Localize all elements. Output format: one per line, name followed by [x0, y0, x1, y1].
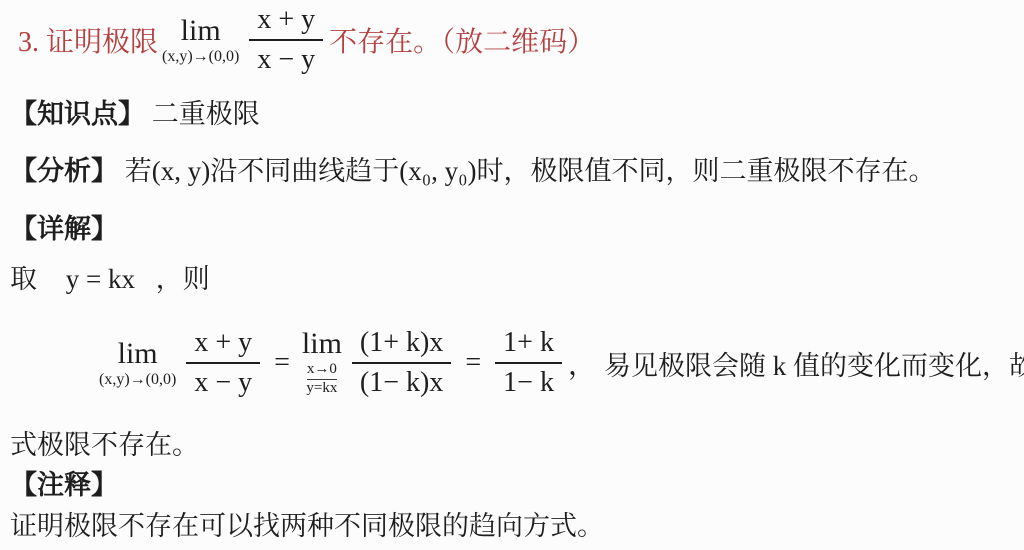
detail-header-line: 【详解】 [10, 207, 118, 246]
fraction-numerator: (1+ k)x [352, 327, 451, 364]
fraction-numerator: 1+ k [495, 327, 562, 364]
problem-title: 3. 证明极限 lim (x,y)→(0,0) x + y x − y 不存在。… [18, 4, 595, 76]
lim-condition-y: y=kx [306, 380, 337, 397]
fraction-xy: x + y x − y [186, 327, 260, 399]
lim-subscript: (x,y)→(0,0) [99, 372, 176, 388]
fraction-denominator: 1− k [495, 364, 562, 399]
problem-title-suffix: 不存在。（放二维码） [329, 20, 595, 60]
note-text-line: 证明极限不存在可以找两种不同极限的趋向方式。 [10, 504, 604, 543]
substitution-line: 取 y = kx ，则 [10, 257, 210, 296]
conclusion-text: 式极限不存在。 [10, 430, 199, 460]
lim-condition-x: x→0 [307, 361, 337, 380]
fraction-k: 1+ k 1− k [495, 327, 562, 399]
conclusion-line: 式极限不存在。 [10, 423, 199, 462]
note-text: 证明极限不存在可以找两种不同极限的趋向方式。 [10, 511, 604, 541]
note-header-line: 【注释】 [10, 463, 118, 502]
comma: ， [568, 343, 596, 383]
fraction-numerator: x + y [186, 327, 260, 364]
knowledge-point-label: 【知识点】 [10, 99, 145, 129]
lim-subscript: (x,y)→(0,0) [162, 49, 239, 65]
lim-word: lim [118, 339, 158, 369]
formula-remark-text: 易见极限会随 k 值的变化而变化，故原 [604, 344, 1024, 383]
analysis-label: 【分析】 [10, 156, 118, 186]
fraction-denominator: x − y [249, 41, 323, 76]
note-label: 【注释】 [10, 470, 118, 500]
knowledge-point-line: 【知识点】 二重极限 [10, 92, 260, 131]
substitution-prefix: 取 [10, 264, 37, 294]
equals-sign: = [274, 347, 290, 379]
detail-label: 【详解】 [10, 214, 118, 244]
limit-operator: lim (x,y)→(0,0) [162, 16, 239, 65]
problem-title-prefix: 3. 证明极限 [18, 20, 158, 60]
fraction-denominator: (1− k)x [352, 364, 451, 399]
analysis-line: 【分析】 若(x, y)沿不同曲线趋于(x₀, y₀)时，极限值不同，则二重极限… [10, 149, 936, 188]
title-fraction: x + y x − y [249, 4, 323, 76]
substitution-suffix: ，则 [156, 264, 210, 294]
lim-word: lim [302, 329, 342, 359]
limit-operator: lim (x,y)→(0,0) [99, 339, 176, 388]
equals-sign: = [465, 347, 481, 379]
limit-derivation-formula: lim (x,y)→(0,0) x + y x − y = lim x→0 y=… [95, 318, 1024, 408]
knowledge-point-text: 二重极限 [152, 99, 260, 129]
lim-word: lim [181, 16, 221, 46]
fraction-denominator: x − y [186, 364, 260, 399]
limit-operator-substituted: lim x→0 y=kx [302, 329, 342, 398]
lim-conditions: x→0 y=kx [306, 361, 337, 398]
fraction-k-x: (1+ k)x (1− k)x [352, 327, 451, 399]
analysis-text: 若(x, y)沿不同曲线趋于(x₀, y₀)时，极限值不同，则二重极限不存在。 [125, 156, 936, 186]
document-page: 3. 证明极限 lim (x,y)→(0,0) x + y x − y 不存在。… [0, 0, 1024, 550]
substitution-equation: y = kx [66, 264, 135, 294]
fraction-numerator: x + y [249, 4, 323, 41]
